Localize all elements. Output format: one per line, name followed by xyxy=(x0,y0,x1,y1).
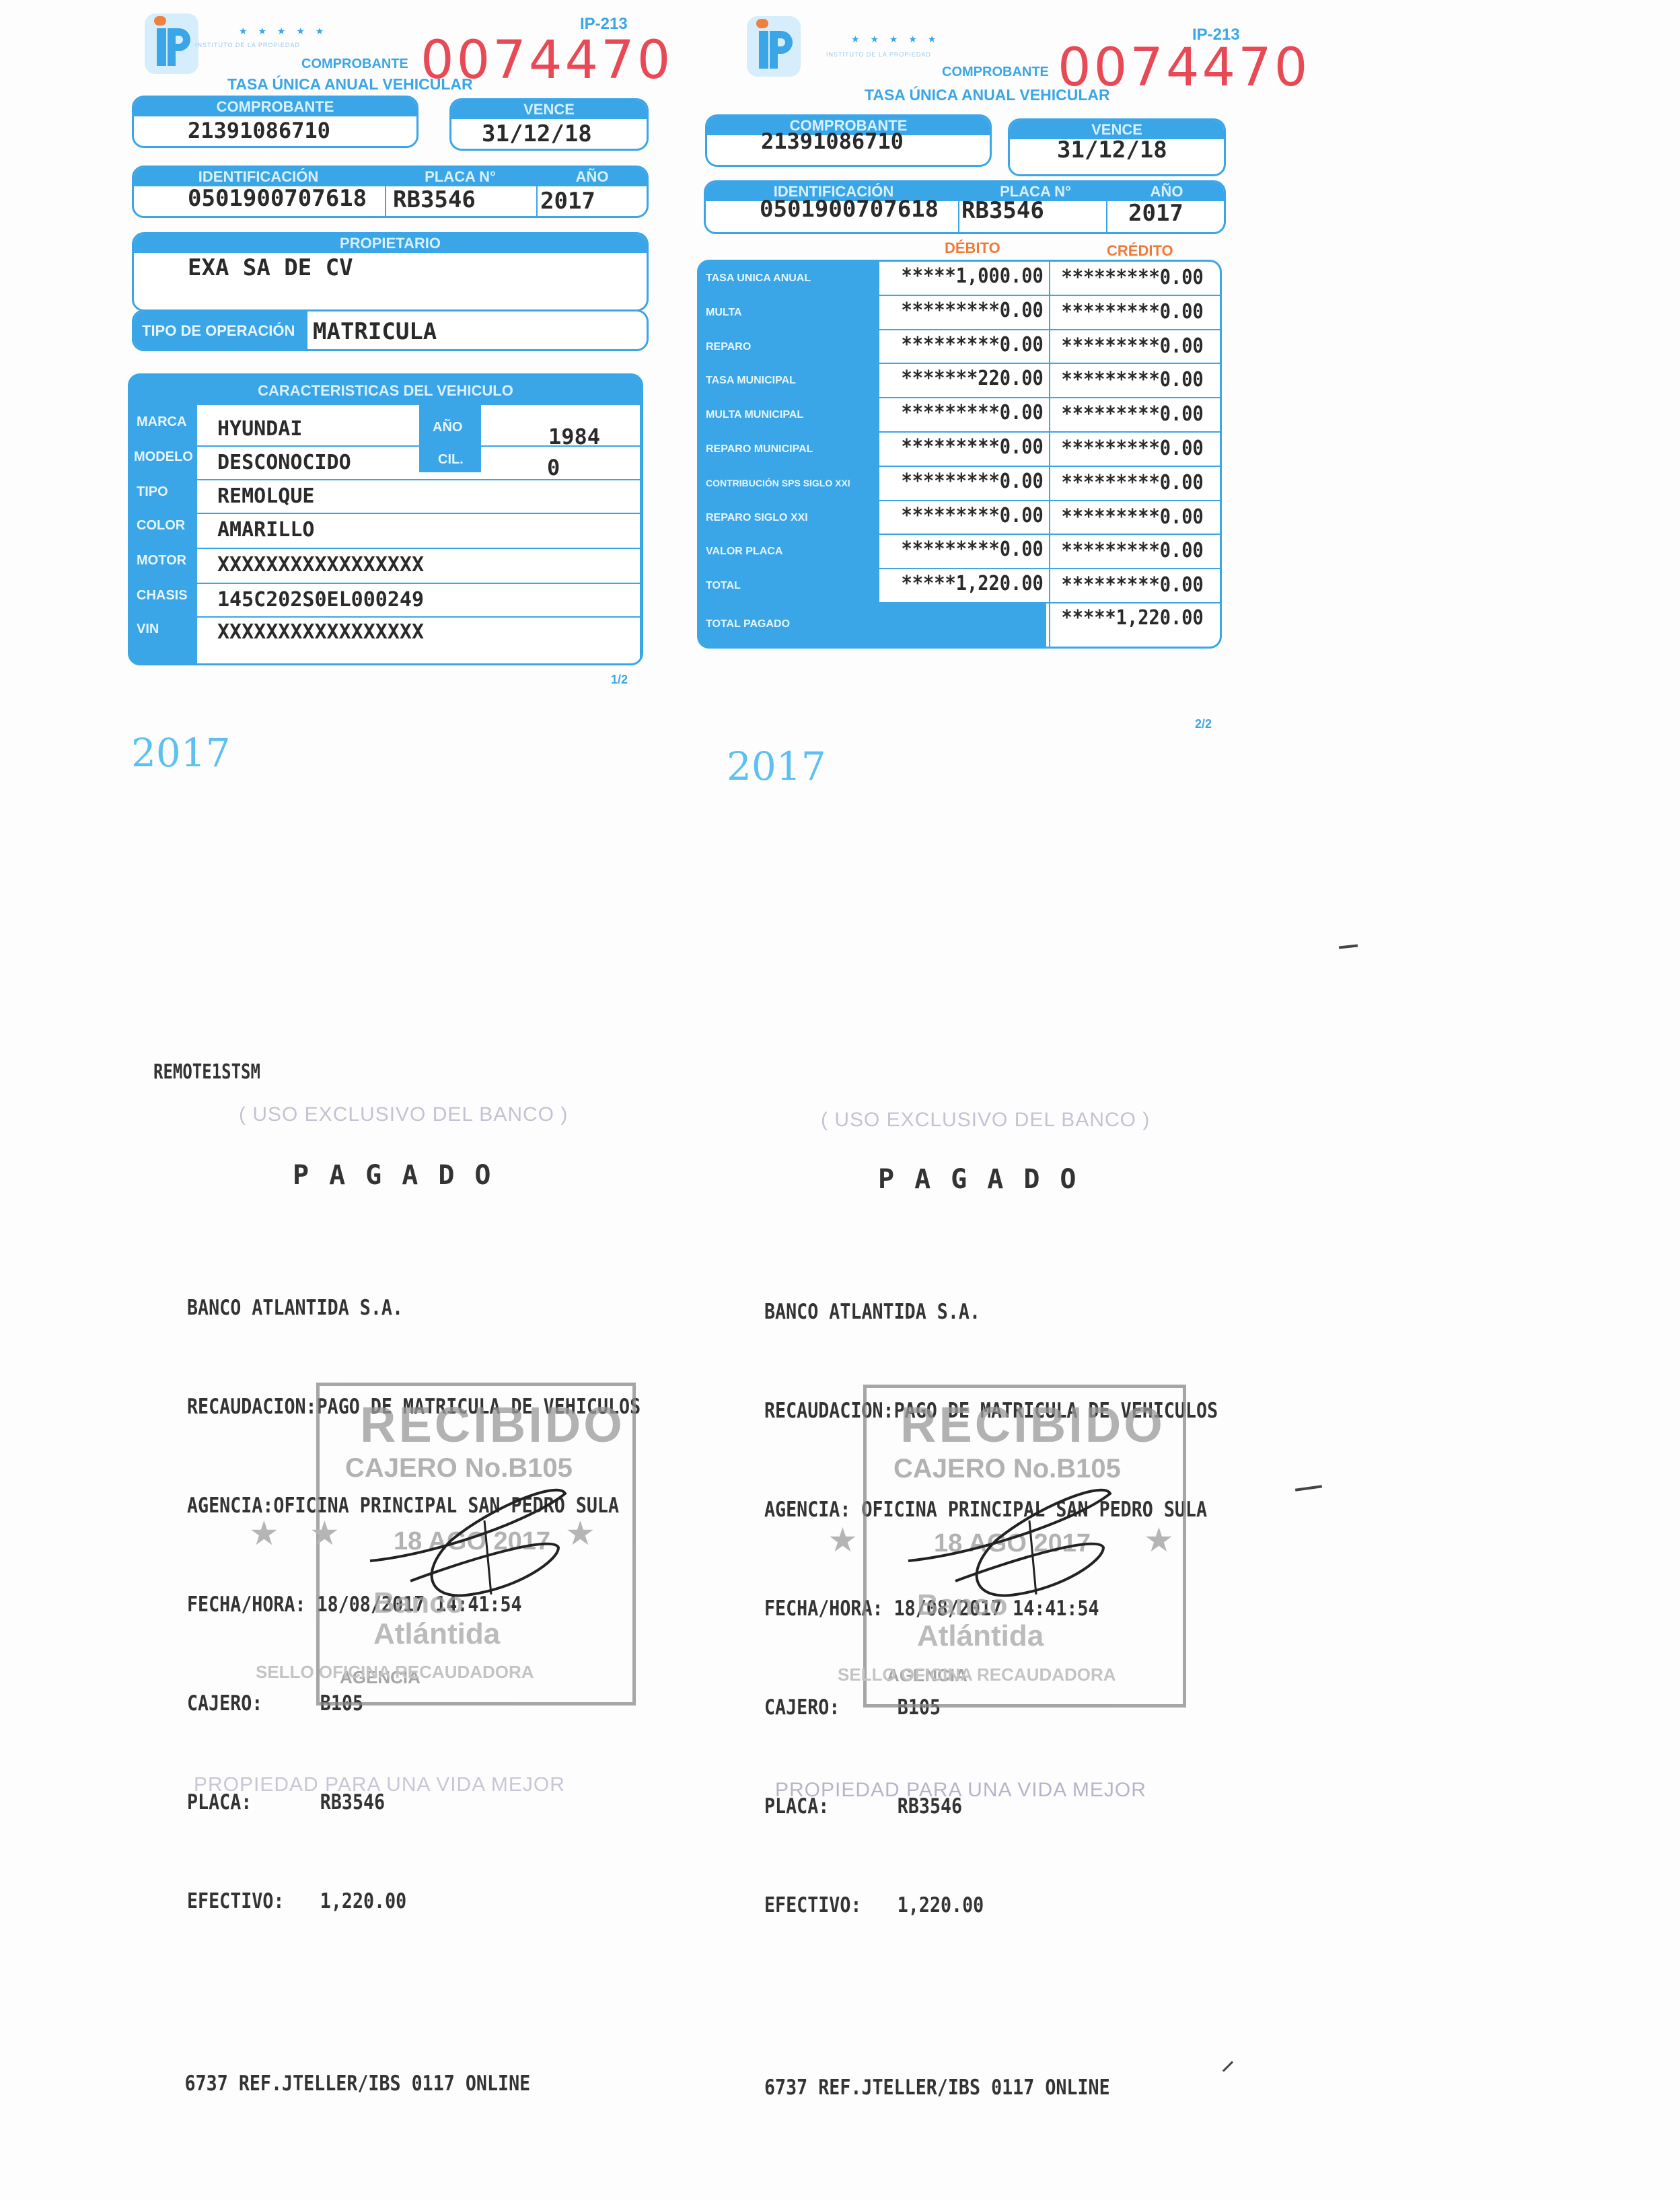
fee-label: TASA MUNICIPAL xyxy=(706,375,796,387)
signature-1 xyxy=(357,1480,579,1615)
receipt-ref: 6737 REF.JTELLER/IBS 0117 ONLINE xyxy=(764,2071,1218,2104)
chasis-label: CHASIS xyxy=(137,588,188,603)
fee-label: REPARO xyxy=(706,341,751,353)
credito-header: CRÉDITO xyxy=(1107,242,1173,260)
vence-field: VENCE 31/12/18 xyxy=(449,98,649,151)
color-label: COLOR xyxy=(137,518,185,534)
fee-credito: *********0.00 xyxy=(1062,266,1204,289)
fee-debito: *****1,220.00 xyxy=(902,572,1044,595)
vence-field: VENCE 31/12/18 xyxy=(1008,118,1226,176)
fee-debito: *****1,000.00 xyxy=(902,264,1044,288)
comprobante-value: 21391086710 xyxy=(761,129,904,154)
form-title: TASA ÚNICA ANUAL VEHICULAR xyxy=(865,86,1110,104)
placa-label: PLACA N° xyxy=(383,168,538,186)
fee-label: MULTA MUNICIPAL xyxy=(706,409,803,421)
receipt-bank: BANCO ATLANTIDA S.A. xyxy=(764,1296,1218,1329)
fee-label: VALOR PLACA xyxy=(706,546,782,558)
vin-value: XXXXXXXXXXXXXXXXX xyxy=(217,620,424,644)
stamp-sello-2: SELLO OFICINA RECAUDADORA xyxy=(838,1664,1116,1685)
tipo-operacion-value: MATRICULA xyxy=(313,318,437,345)
comprobante-value: 21391086710 xyxy=(188,118,330,143)
receipt-efectivo-label: EFECTIVO: xyxy=(764,1889,898,1922)
bank-exclusive-label: ( USO EXCLUSIVO DEL BANCO ) xyxy=(821,1109,1150,1132)
fee-debito: *********0.00 xyxy=(902,538,1044,561)
form-title: TASA ÚNICA ANUAL VEHICULAR xyxy=(227,75,473,94)
ip-logo-icon xyxy=(747,16,801,77)
tipo-operacion-label: TIPO DE OPERACIÓN xyxy=(142,322,295,340)
anio-value: 2017 xyxy=(540,188,595,215)
fees-table: TASA UNICA ANUAL*****1,000.00*********0.… xyxy=(697,260,1222,649)
fee-label: TOTAL xyxy=(706,580,741,592)
fee-debito: *******220.00 xyxy=(902,367,1044,390)
chasis-value: 145C202S0EL000249 xyxy=(217,588,424,612)
fee-debito: *********0.00 xyxy=(902,299,1044,322)
modelo-label: MODELO xyxy=(134,449,193,465)
fee-debito: *********0.00 xyxy=(902,401,1044,425)
propietario-label: PROPIETARIO xyxy=(134,234,647,253)
color-value: AMARILLO xyxy=(217,518,315,542)
receipt-efectivo: 1,220.00 xyxy=(320,1889,406,1913)
stamp-bank-line2: Atlántida xyxy=(917,1619,1044,1652)
fee-credito: *********0.00 xyxy=(1062,368,1204,392)
page-number-1: 1/2 xyxy=(611,673,628,687)
star-icon: ★ xyxy=(249,1514,279,1553)
stamp-bank-line2: Atlántida xyxy=(373,1617,500,1650)
signature-2 xyxy=(895,1480,1124,1615)
fee-label: MULTA xyxy=(706,307,742,319)
placa-value: RB3546 xyxy=(961,197,1044,224)
total-pagado-value: *****1,220.00 xyxy=(1062,606,1204,630)
fee-label: REPARO SIGLO XXI xyxy=(706,512,808,524)
stamp-title: RECIBIDO xyxy=(900,1396,1165,1453)
footer-slogan-2: PROPIEDAD PARA UNA VIDA MEJOR xyxy=(775,1779,1146,1802)
fee-label: TASA UNICA ANUAL xyxy=(706,272,811,285)
comprobante-label: COMPROBANTE xyxy=(942,65,1049,80)
receipt-cajero-label: CAJERO: xyxy=(187,1687,320,1720)
year-watermark-2: 2017 xyxy=(727,743,826,789)
vence-value: 31/12/18 xyxy=(482,120,592,147)
comprobante-label: COMPROBANTE xyxy=(301,57,408,72)
tipo-value: REMOLQUE xyxy=(217,484,315,508)
identificacion-label: IDENTIFICACIÓN xyxy=(134,168,383,186)
fee-credito: *********0.00 xyxy=(1062,437,1204,460)
vehicle-panel-title: CARACTERISTICAS DEL VEHICULO xyxy=(130,382,641,400)
tipo-operacion-field: TIPO DE OPERACIÓN MATRICULA xyxy=(132,309,649,351)
debito-header: DÉBITO xyxy=(945,240,1000,257)
fee-credito: *********0.00 xyxy=(1062,539,1204,562)
scan-mark xyxy=(1222,2061,1233,2071)
fee-credito: *********0.00 xyxy=(1062,573,1204,597)
stamp-title: RECIBIDO xyxy=(360,1396,625,1453)
paid-status: PAGADO xyxy=(293,1160,511,1191)
placa-value: RB3546 xyxy=(393,186,476,213)
identificacion-value: 0501900707618 xyxy=(760,196,939,223)
fee-debito: *********0.00 xyxy=(902,333,1044,357)
vehicle-anio-label: AÑO xyxy=(433,420,462,435)
total-pagado-label: TOTAL PAGADO xyxy=(706,618,790,630)
tipo-label: TIPO xyxy=(137,484,168,500)
fee-debito: *********0.00 xyxy=(902,435,1044,459)
scan-mark xyxy=(1339,945,1358,949)
comprobante-field-label: COMPROBANTE xyxy=(134,98,416,116)
receipt-efectivo: 1,220.00 xyxy=(898,1893,984,1917)
modelo-value: DESCONOCIDO xyxy=(217,451,351,474)
fee-debito: *********0.00 xyxy=(902,470,1044,493)
vehicle-panel: CARACTERISTICAS DEL VEHICULO MARCA HYUND… xyxy=(128,373,643,665)
anio-label: AÑO xyxy=(1109,182,1224,201)
anio-value: 2017 xyxy=(1128,200,1183,227)
fee-credito: *********0.00 xyxy=(1062,471,1204,494)
star-icon: ★ xyxy=(1144,1520,1174,1560)
fee-label: REPARO MUNICIPAL xyxy=(706,443,813,455)
institute-name: INSTITUTO DE LA PROPIEDAD xyxy=(195,42,300,48)
comprobante-field: COMPROBANTE 21391086710 xyxy=(132,96,418,148)
identificacion-value: 0501900707618 xyxy=(188,185,367,212)
vin-label: VIN xyxy=(137,622,159,637)
identification-row: IDENTIFICACIÓN PLACA N° AÑO 050190070761… xyxy=(704,180,1226,234)
stamp-sello-1: SELLO OFICINA RECAUDADORA xyxy=(256,1662,534,1683)
receipt-ref: 6737 REF.JTELLER/IBS 0117 ONLINE xyxy=(185,2067,641,2100)
terminal-id: REMOTE1STSM xyxy=(153,1060,260,1084)
motor-value: XXXXXXXXXXXXXXXXX xyxy=(217,553,424,577)
flag-stars: ★ ★ ★ ★ ★ xyxy=(239,26,328,37)
propietario-value: EXA SA DE CV xyxy=(188,254,353,281)
fee-debito: *********0.00 xyxy=(902,504,1044,527)
marca-value: HYUNDAI xyxy=(217,417,302,441)
bank-exclusive-label: ( USO EXCLUSIVO DEL BANCO ) xyxy=(239,1103,568,1126)
stamp-cajero: CAJERO No.B105 xyxy=(345,1453,573,1483)
vence-label: VENCE xyxy=(451,100,647,119)
motor-label: MOTOR xyxy=(137,553,186,569)
paid-status: PAGADO xyxy=(878,1164,1097,1195)
propietario-field: PROPIETARIO EXA SA DE CV xyxy=(132,232,649,311)
star-icon: ★ xyxy=(309,1514,340,1553)
comprobante-field: COMPROBANTE 21391086710 xyxy=(705,114,992,167)
fee-label: CONTRIBUCIÓN SPS SIGLO XXI xyxy=(706,478,850,488)
ip-logo-icon xyxy=(145,13,198,74)
star-icon: ★ xyxy=(828,1520,858,1560)
fee-credito: *********0.00 xyxy=(1062,402,1204,426)
page-number-2: 2/2 xyxy=(1195,717,1212,731)
flag-stars: ★ ★ ★ ★ ★ xyxy=(851,34,940,45)
institute-name: INSTITUTO DE LA PROPIEDAD xyxy=(826,51,931,58)
anio-label: AÑO xyxy=(538,168,647,186)
fee-credito: *********0.00 xyxy=(1062,300,1204,324)
footer-slogan-1: PROPIEDAD PARA UNA VIDA MEJOR xyxy=(194,1773,565,1796)
cil-value: 0 xyxy=(547,455,560,480)
scan-mark xyxy=(1295,1485,1322,1492)
vence-value: 31/12/18 xyxy=(1057,137,1167,163)
receipt-bank: BANCO ATLANTIDA S.A. xyxy=(187,1292,641,1325)
receipt-efectivo-label: EFECTIVO: xyxy=(187,1885,320,1918)
year-watermark-1: 2017 xyxy=(131,730,231,776)
identification-row: IDENTIFICACIÓN PLACA N° AÑO 050190070761… xyxy=(132,166,649,218)
marca-label: MARCA xyxy=(137,414,186,430)
fee-credito: *********0.00 xyxy=(1062,505,1204,529)
fee-credito: *********0.00 xyxy=(1062,334,1204,358)
cil-label: CIL. xyxy=(438,452,464,468)
